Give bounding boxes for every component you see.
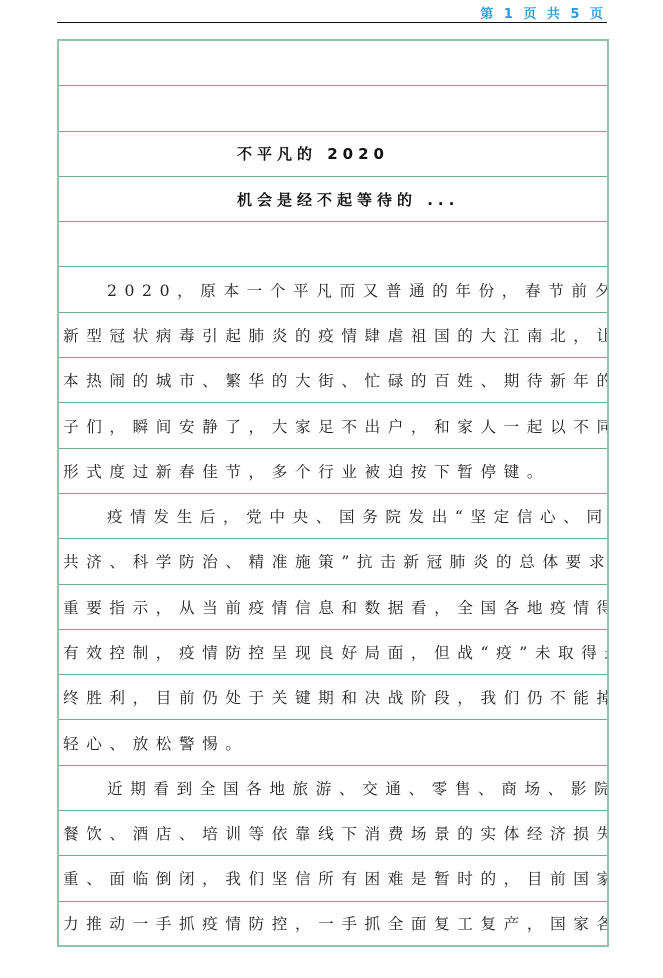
- text-line: 本热闹的城市、繁华的大街、忙碌的百姓、期待新年的孩: [59, 358, 607, 403]
- text-line: 重、面临倒闭，我们坚信所有困难是暂时的，目前国家大: [59, 856, 607, 901]
- line-text: 力推动一手抓疫情防控，一手抓全面复工复产，国家各部: [59, 912, 607, 934]
- line-text: 共济、科学防治、精准施策”抗击新冠肺炎的总体要求和: [59, 550, 607, 572]
- empty-row: [59, 86, 607, 131]
- empty-row: [59, 41, 607, 86]
- line-text: 近期看到全国各地旅游、交通、零售、商场、影院、: [59, 777, 607, 799]
- text-line: 重要指示，从当前疫情信息和数据看，全国各地疫情得到: [59, 585, 607, 630]
- line-text: 疫情发生后，党中央、国务院发出“坚定信心、同舟: [59, 505, 607, 527]
- text-line: 力推动一手抓疫情防控，一手抓全面复工复产，国家各部: [59, 902, 607, 947]
- document-title: 不平凡的 2020: [59, 143, 389, 164]
- text-line: 轻心、放松警惕。: [59, 720, 607, 765]
- text-line: 餐饮、酒店、培训等依靠线下消费场景的实体经济损失惨: [59, 811, 607, 856]
- line-text: 形式度过新春佳节，多个行业被迫按下暂停键。: [59, 460, 550, 482]
- text-line: 子们，瞬间安静了，大家足不出户，和家人一起以不同的: [59, 403, 607, 448]
- line-text: 本热闹的城市、繁华的大街、忙碌的百姓、期待新年的孩: [59, 369, 607, 391]
- line-text: 新型冠状病毒引起肺炎的疫情肆虐祖国的大江南北，让原: [59, 324, 607, 346]
- text-line: 近期看到全国各地旅游、交通、零售、商场、影院、: [59, 766, 607, 811]
- line-text: 轻心、放松警惕。: [59, 732, 249, 754]
- subtitle-row: 机会是经不起等待的 ...: [59, 177, 607, 222]
- page-indicator: 第 1 页 共 5 页: [480, 3, 606, 22]
- title-row: 不平凡的 2020: [59, 132, 607, 177]
- line-text: 子们，瞬间安静了，大家足不出户，和家人一起以不同的: [59, 415, 607, 437]
- text-line: 2020，原本一个平凡而又普通的年份，春节前夕一场: [59, 267, 607, 312]
- text-line: 新型冠状病毒引起肺炎的疫情肆虐祖国的大江南北，让原: [59, 313, 607, 358]
- line-text: 2020，原本一个平凡而又普通的年份，春节前夕一场: [59, 279, 607, 301]
- document-subtitle: 机会是经不起等待的 ...: [59, 189, 459, 210]
- line-text: 重要指示，从当前疫情信息和数据看，全国各地疫情得到: [59, 596, 607, 618]
- line-text: 有效控制，疫情防控呈现良好局面，但战“疫”未取得最: [59, 641, 607, 663]
- empty-row: [59, 222, 607, 267]
- text-line: 形式度过新春佳节，多个行业被迫按下暂停键。: [59, 449, 607, 494]
- line-text: 重、面临倒闭，我们坚信所有困难是暂时的，目前国家大: [59, 867, 607, 889]
- text-line: 终胜利，目前仍处于关键期和决战阶段，我们仍不能掉以: [59, 675, 607, 720]
- line-text: 终胜利，目前仍处于关键期和决战阶段，我们仍不能掉以: [59, 686, 607, 708]
- line-text: 餐饮、酒店、培训等依靠线下消费场景的实体经济损失惨: [59, 822, 607, 844]
- text-line: 共济、科学防治、精准施策”抗击新冠肺炎的总体要求和: [59, 539, 607, 584]
- header-rule: [57, 22, 607, 23]
- text-line: 疫情发生后，党中央、国务院发出“坚定信心、同舟: [59, 494, 607, 539]
- manuscript-grid: 不平凡的 2020 机会是经不起等待的 ... 2020，原本一个平凡而又普通的…: [57, 39, 609, 947]
- text-line: 有效控制，疫情防控呈现良好局面，但战“疫”未取得最: [59, 630, 607, 675]
